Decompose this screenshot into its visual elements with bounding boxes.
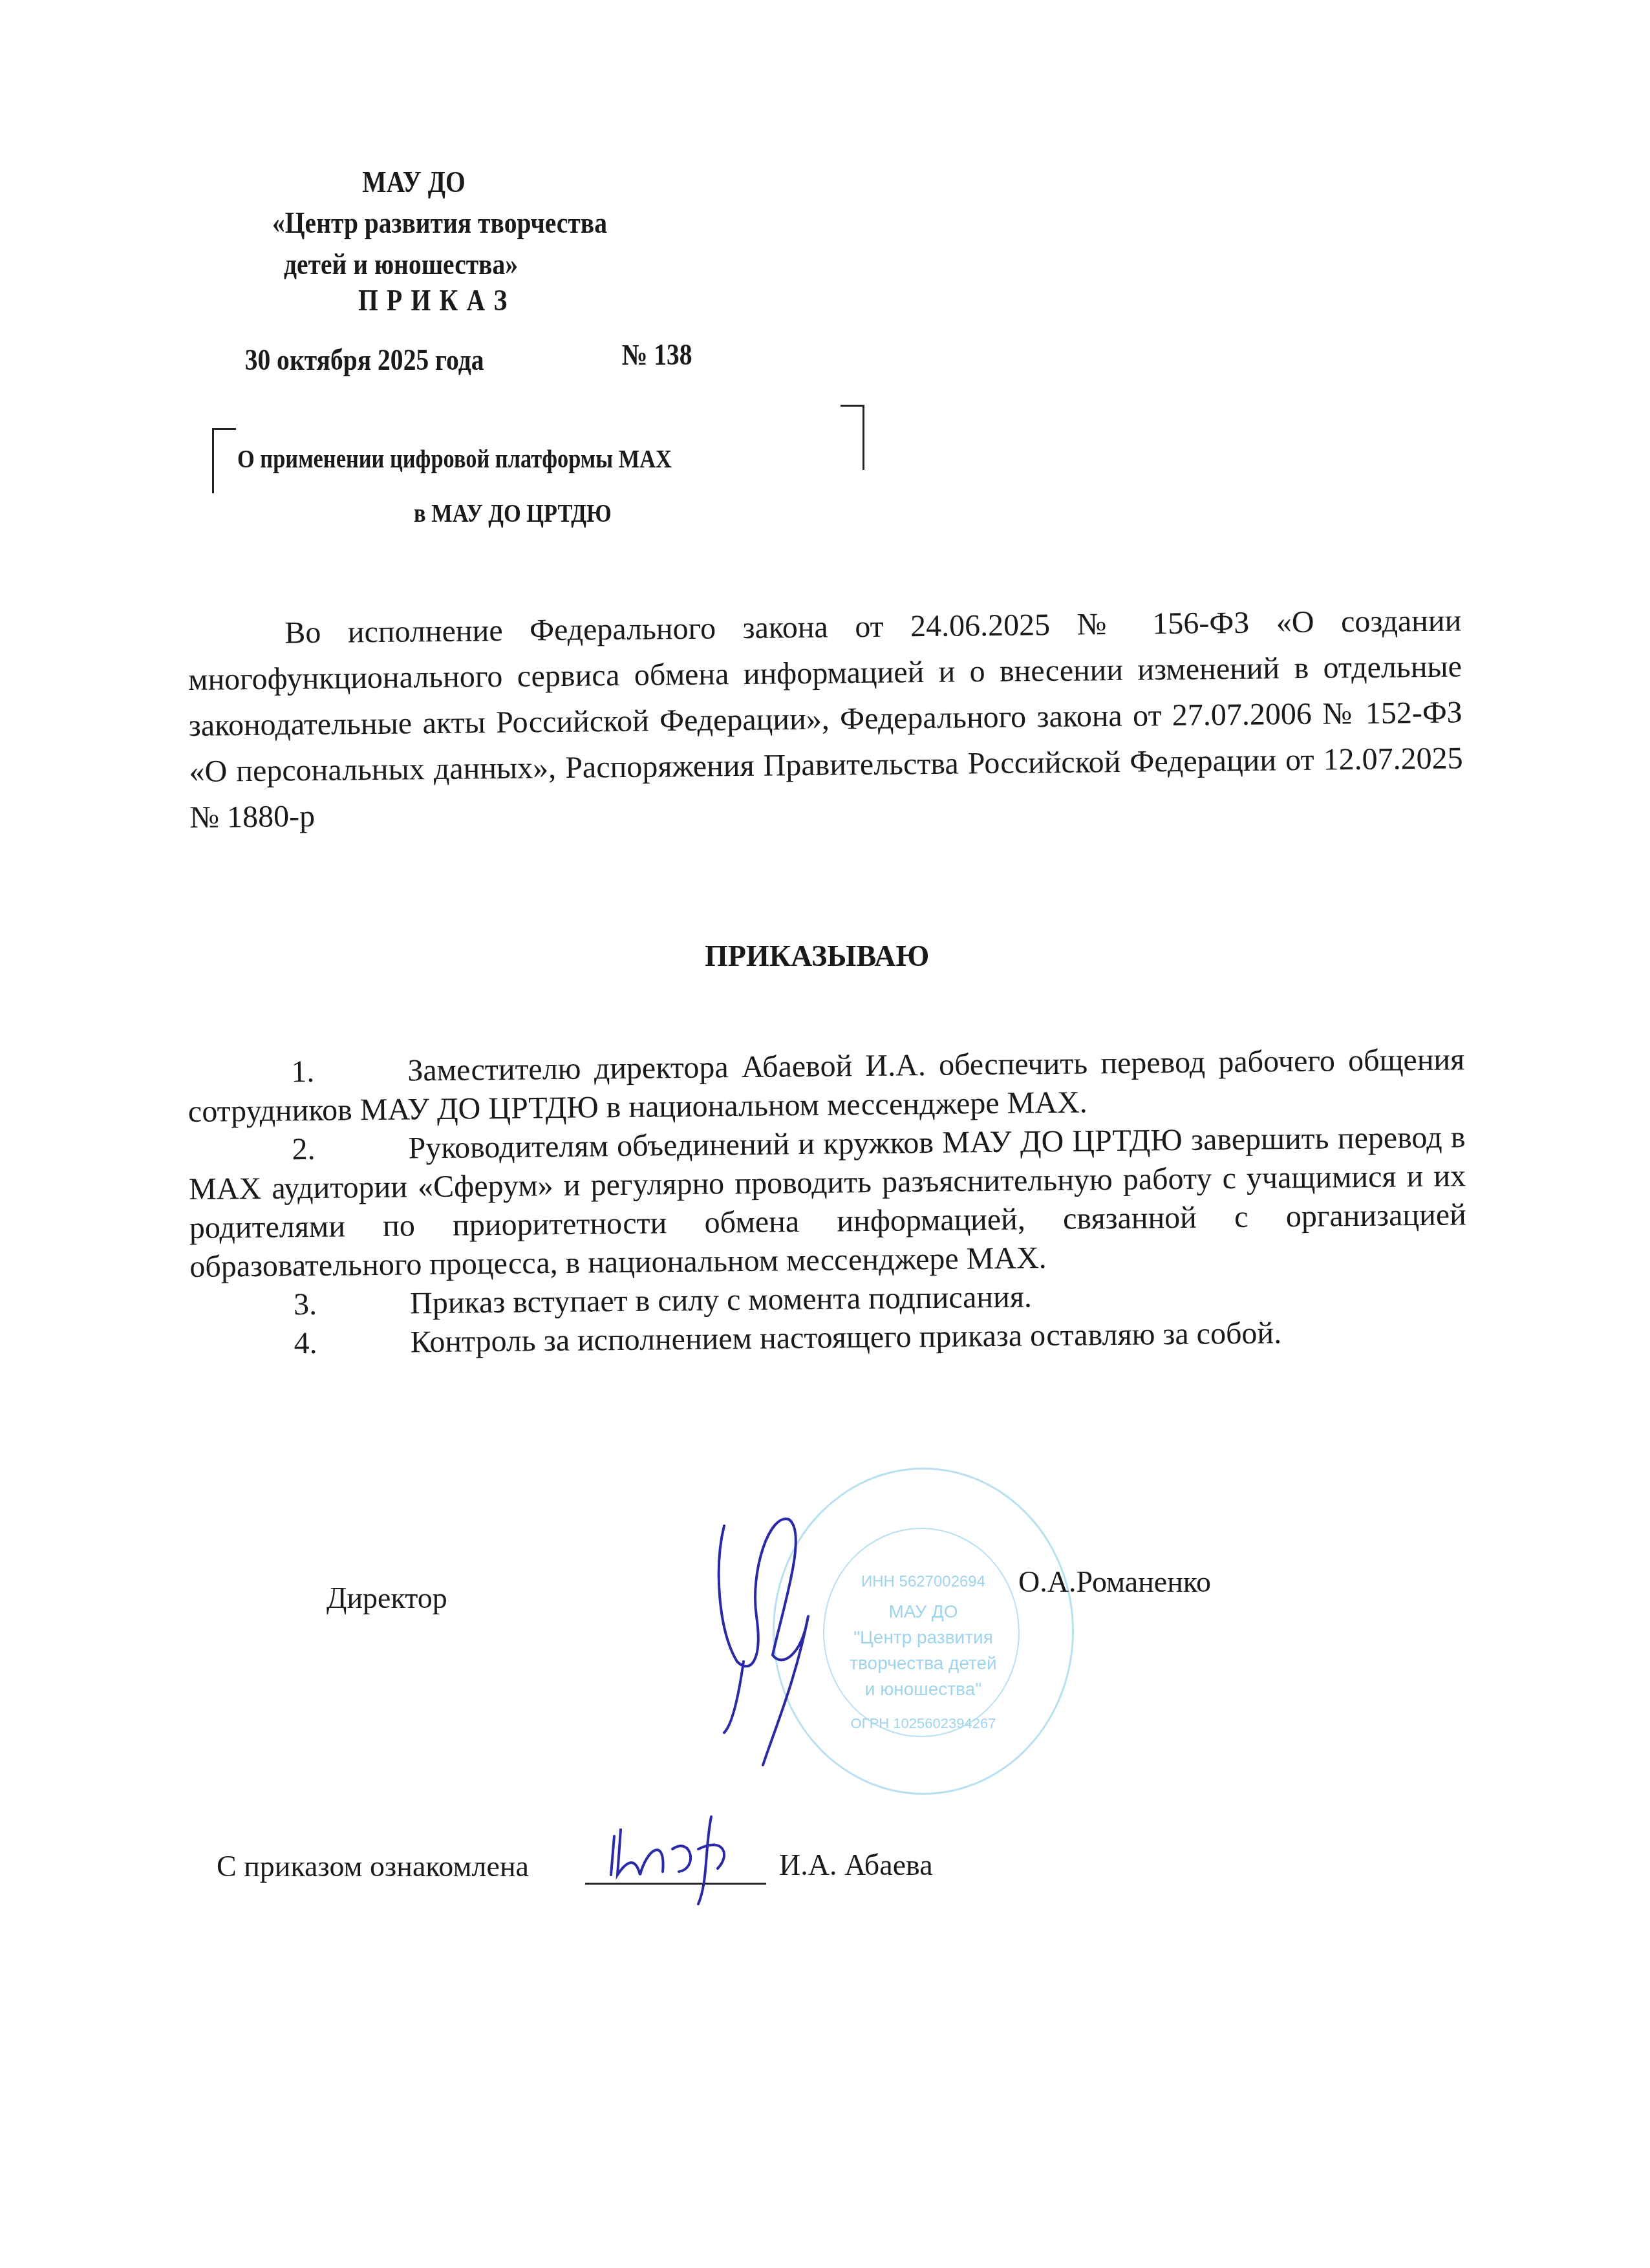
order-item-2: 2.Руководителям объединений и кружков МА…	[188, 1118, 1466, 1287]
order-number: № 138	[601, 337, 712, 372]
preamble-paragraph: Во исполнение Федерального закона от 24.…	[187, 597, 1464, 840]
acknowledgement-label: С приказом ознакомлена	[217, 1849, 529, 1883]
item-number: 3.	[190, 1284, 411, 1325]
doc-type: П Р И К А З	[244, 283, 623, 317]
order-date: 30 октября 2025 года	[220, 343, 509, 377]
acknowledgement-name: И.А. Абаева	[779, 1848, 933, 1882]
order-items-list: 1.Заместителю директора Абаевой И.А. обе…	[187, 1040, 1468, 1364]
org-name-line1: МАУ ДО	[241, 165, 586, 199]
acknowledgement-signature-icon	[601, 1810, 763, 1907]
order-item-1: 1.Заместителю директора Абаевой И.А. обе…	[187, 1040, 1465, 1131]
subject-bracket-left	[212, 428, 236, 493]
subject-bracket-right	[841, 405, 864, 470]
item-number: 2.	[188, 1129, 409, 1170]
org-name-line2: «Центр развития творчества	[223, 206, 657, 240]
item-text: Контроль за исполнением настоящего прика…	[410, 1316, 1281, 1359]
signatory-position: Директор	[327, 1581, 447, 1615]
subject-line1: О применении цифровой платформы МАХ	[237, 444, 672, 474]
item-number: 4.	[190, 1323, 411, 1364]
subject-line2: в МАУ ДО ЦРТДЮ	[414, 498, 612, 528]
director-signature-icon	[711, 1513, 841, 1771]
item-text: Приказ вступает в силу с момента подписа…	[410, 1279, 1032, 1320]
org-name-line3: детей и юношества»	[217, 247, 584, 281]
item-number: 1.	[187, 1051, 408, 1093]
signatory-name: О.А.Романенко	[1018, 1565, 1211, 1599]
order-word: ПРИКАЗЫВАЮ	[705, 939, 929, 973]
